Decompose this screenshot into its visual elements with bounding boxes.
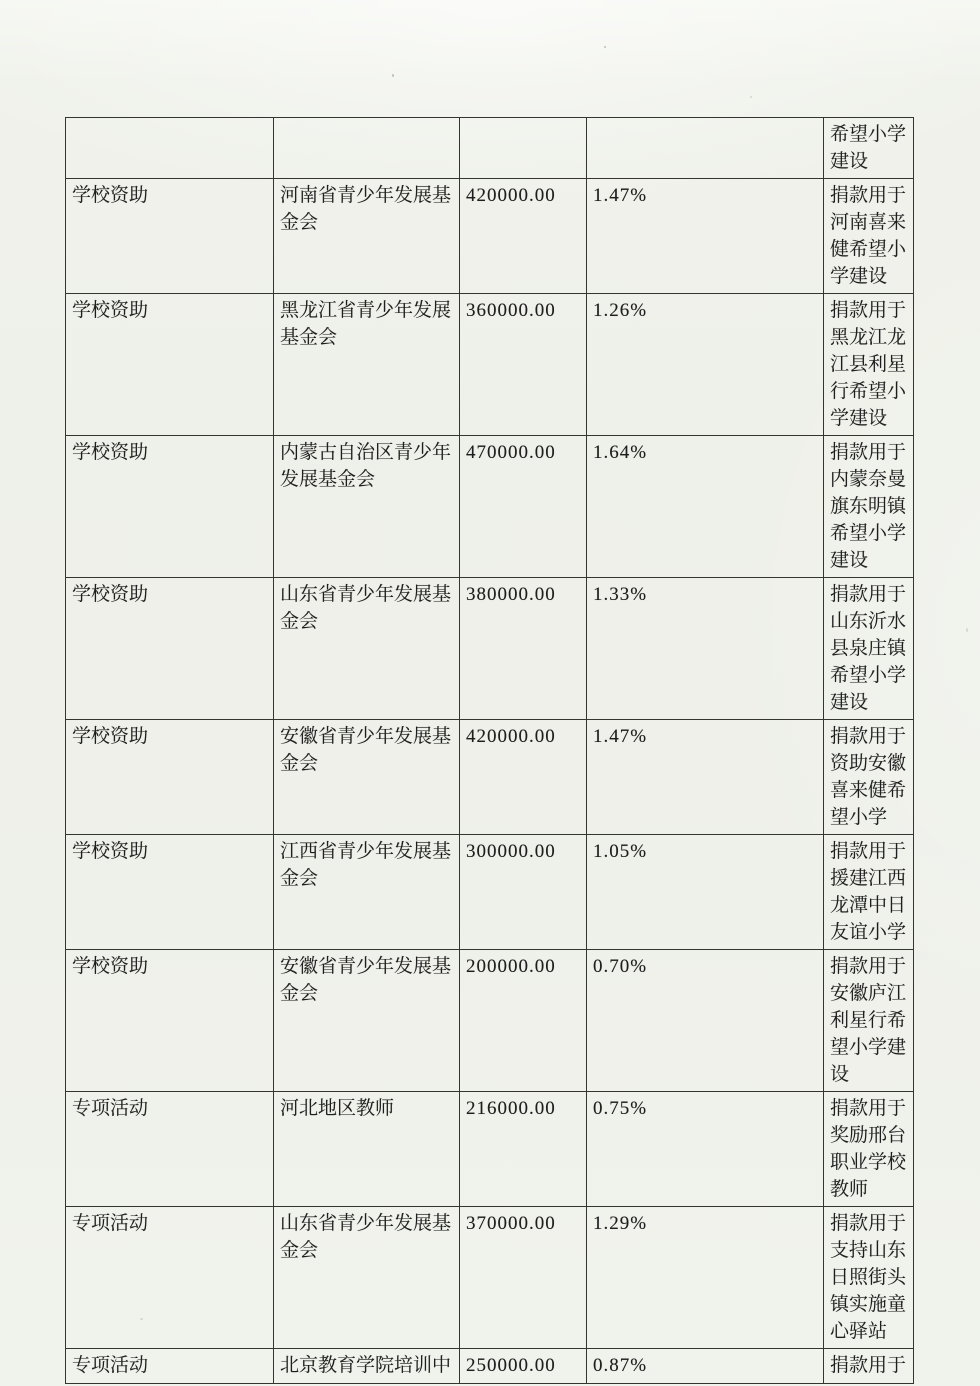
cell-category: 学校资助 — [66, 578, 274, 720]
table-row: 专项活动 河北地区教师 216000.00 0.75% 捐款用于奖励邢台职业学校… — [66, 1092, 914, 1207]
cell-purpose: 捐款用于内蒙奈曼旗东明镇希望小学建设 — [824, 436, 914, 578]
donation-table: 希望小学建设 学校资助 河南省青少年发展基金会 420000.00 1.47% … — [65, 117, 914, 1384]
cell-category: 学校资助 — [66, 720, 274, 835]
cell-percent: 0.75% — [587, 1092, 824, 1207]
cell-category: 学校资助 — [66, 835, 274, 950]
cell-percent: 0.70% — [587, 950, 824, 1092]
cell-purpose: 捐款用于河南喜来健希望小学建设 — [824, 179, 914, 294]
cell-purpose: 捐款用于山东沂水县泉庄镇希望小学建设 — [824, 578, 914, 720]
cell-recipient: 内蒙古自治区青少年发展基金会 — [274, 436, 460, 578]
table-row-clipped: 专项活动 北京教育学院培训中 250000.00 0.87% 捐款用于 — [66, 1349, 914, 1384]
table-row: 专项活动 山东省青少年发展基金会 370000.00 1.29% 捐款用于支持山… — [66, 1207, 914, 1349]
cell-amount: 216000.00 — [460, 1092, 587, 1207]
cell-amount: 420000.00 — [460, 179, 587, 294]
table-row: 学校资助 内蒙古自治区青少年发展基金会 470000.00 1.64% 捐款用于… — [66, 436, 914, 578]
cell-purpose: 捐款用于安徽庐江利星行希望小学建设 — [824, 950, 914, 1092]
table-row: 学校资助 河南省青少年发展基金会 420000.00 1.47% 捐款用于河南喜… — [66, 179, 914, 294]
cell-percent: 1.47% — [587, 720, 824, 835]
cell-purpose: 希望小学建设 — [824, 118, 914, 179]
cell-recipient: 江西省青少年发展基金会 — [274, 835, 460, 950]
cell-amount: 200000.00 — [460, 950, 587, 1092]
cell-recipient: 北京教育学院培训中 — [274, 1349, 460, 1384]
cell-percent — [587, 118, 824, 179]
table-row: 学校资助 黑龙江省青少年发展基金会 360000.00 1.26% 捐款用于黑龙… — [66, 294, 914, 436]
cell-amount: 420000.00 — [460, 720, 587, 835]
cell-recipient: 安徽省青少年发展基金会 — [274, 950, 460, 1092]
table-row: 学校资助 山东省青少年发展基金会 380000.00 1.33% 捐款用于山东沂… — [66, 578, 914, 720]
cell-recipient — [274, 118, 460, 179]
cell-percent: 1.33% — [587, 578, 824, 720]
cell-category: 学校资助 — [66, 179, 274, 294]
cell-category: 专项活动 — [66, 1092, 274, 1207]
cell-amount: 360000.00 — [460, 294, 587, 436]
cell-category: 专项活动 — [66, 1207, 274, 1349]
cell-purpose: 捐款用于资助安徽喜来健希望小学 — [824, 720, 914, 835]
cell-amount: 470000.00 — [460, 436, 587, 578]
table-row-partial: 希望小学建设 — [66, 118, 914, 179]
cell-purpose: 捐款用于黑龙江龙江县利星行希望小学建设 — [824, 294, 914, 436]
cell-percent: 0.87% — [587, 1349, 824, 1384]
cell-recipient: 黑龙江省青少年发展基金会 — [274, 294, 460, 436]
cell-amount: 300000.00 — [460, 835, 587, 950]
cell-percent: 1.26% — [587, 294, 824, 436]
cell-recipient: 河南省青少年发展基金会 — [274, 179, 460, 294]
cell-amount: 250000.00 — [460, 1349, 587, 1384]
cell-percent: 1.05% — [587, 835, 824, 950]
cell-percent: 1.29% — [587, 1207, 824, 1349]
cell-category: 专项活动 — [66, 1349, 274, 1384]
cell-purpose: 捐款用于 — [824, 1349, 914, 1384]
cell-percent: 1.47% — [587, 179, 824, 294]
cell-percent: 1.64% — [587, 436, 824, 578]
cell-amount: 370000.00 — [460, 1207, 587, 1349]
cell-recipient: 安徽省青少年发展基金会 — [274, 720, 460, 835]
cell-purpose: 捐款用于奖励邢台职业学校教师 — [824, 1092, 914, 1207]
cell-category — [66, 118, 274, 179]
cell-recipient: 山东省青少年发展基金会 — [274, 1207, 460, 1349]
cell-purpose: 捐款用于援建江西龙潭中日友谊小学 — [824, 835, 914, 950]
cell-amount — [460, 118, 587, 179]
cell-category: 学校资助 — [66, 294, 274, 436]
cell-recipient: 河北地区教师 — [274, 1092, 460, 1207]
table-row: 学校资助 江西省青少年发展基金会 300000.00 1.05% 捐款用于援建江… — [66, 835, 914, 950]
table-row: 学校资助 安徽省青少年发展基金会 200000.00 0.70% 捐款用于安徽庐… — [66, 950, 914, 1092]
cell-recipient: 山东省青少年发展基金会 — [274, 578, 460, 720]
cell-category: 学校资助 — [66, 950, 274, 1092]
cell-category: 学校资助 — [66, 436, 274, 578]
table-row: 学校资助 安徽省青少年发展基金会 420000.00 1.47% 捐款用于资助安… — [66, 720, 914, 835]
cell-purpose: 捐款用于支持山东日照街头镇实施童心驿站 — [824, 1207, 914, 1349]
cell-amount: 380000.00 — [460, 578, 587, 720]
